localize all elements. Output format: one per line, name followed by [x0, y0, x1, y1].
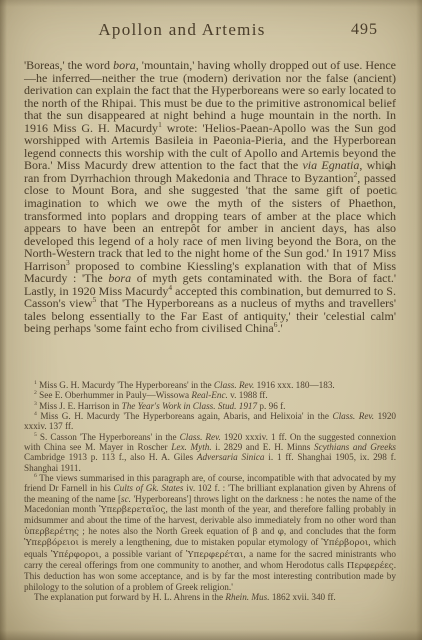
- page-number: 495: [351, 21, 378, 39]
- running-title: Apollon and Artemis: [98, 20, 265, 40]
- book-page: Apollon and Artemis 495 'Boreas,' the wo…: [0, 0, 422, 640]
- body-paragraph: 'Boreas,' the word bora, 'mountain,' hav…: [24, 59, 396, 335]
- footnote-4: 4 Miss G. H. Macurdy 'The Hyperboreans a…: [24, 411, 396, 432]
- footnote-5: 5 S. Casson 'The Hyperboreans' in the Cl…: [24, 432, 396, 473]
- footnote-closing: The explanation put forward by H. L. Ahr…: [24, 592, 396, 602]
- running-head: Apollon and Artemis 495: [24, 20, 396, 42]
- footnote-2: 2 See E. Oberhummer in Pauly—Wissowa Rea…: [24, 390, 396, 400]
- footnote-6: 6 The views summarised in this paragraph…: [24, 473, 396, 592]
- footnote-3: 3 Miss J. E. Harrison in The Year's Work…: [24, 401, 396, 411]
- footnotes-section: 1 Miss G. H. Macurdy 'The Hyperboreans' …: [24, 380, 396, 602]
- footnote-1: 1 Miss G. H. Macurdy 'The Hyperboreans' …: [24, 380, 396, 390]
